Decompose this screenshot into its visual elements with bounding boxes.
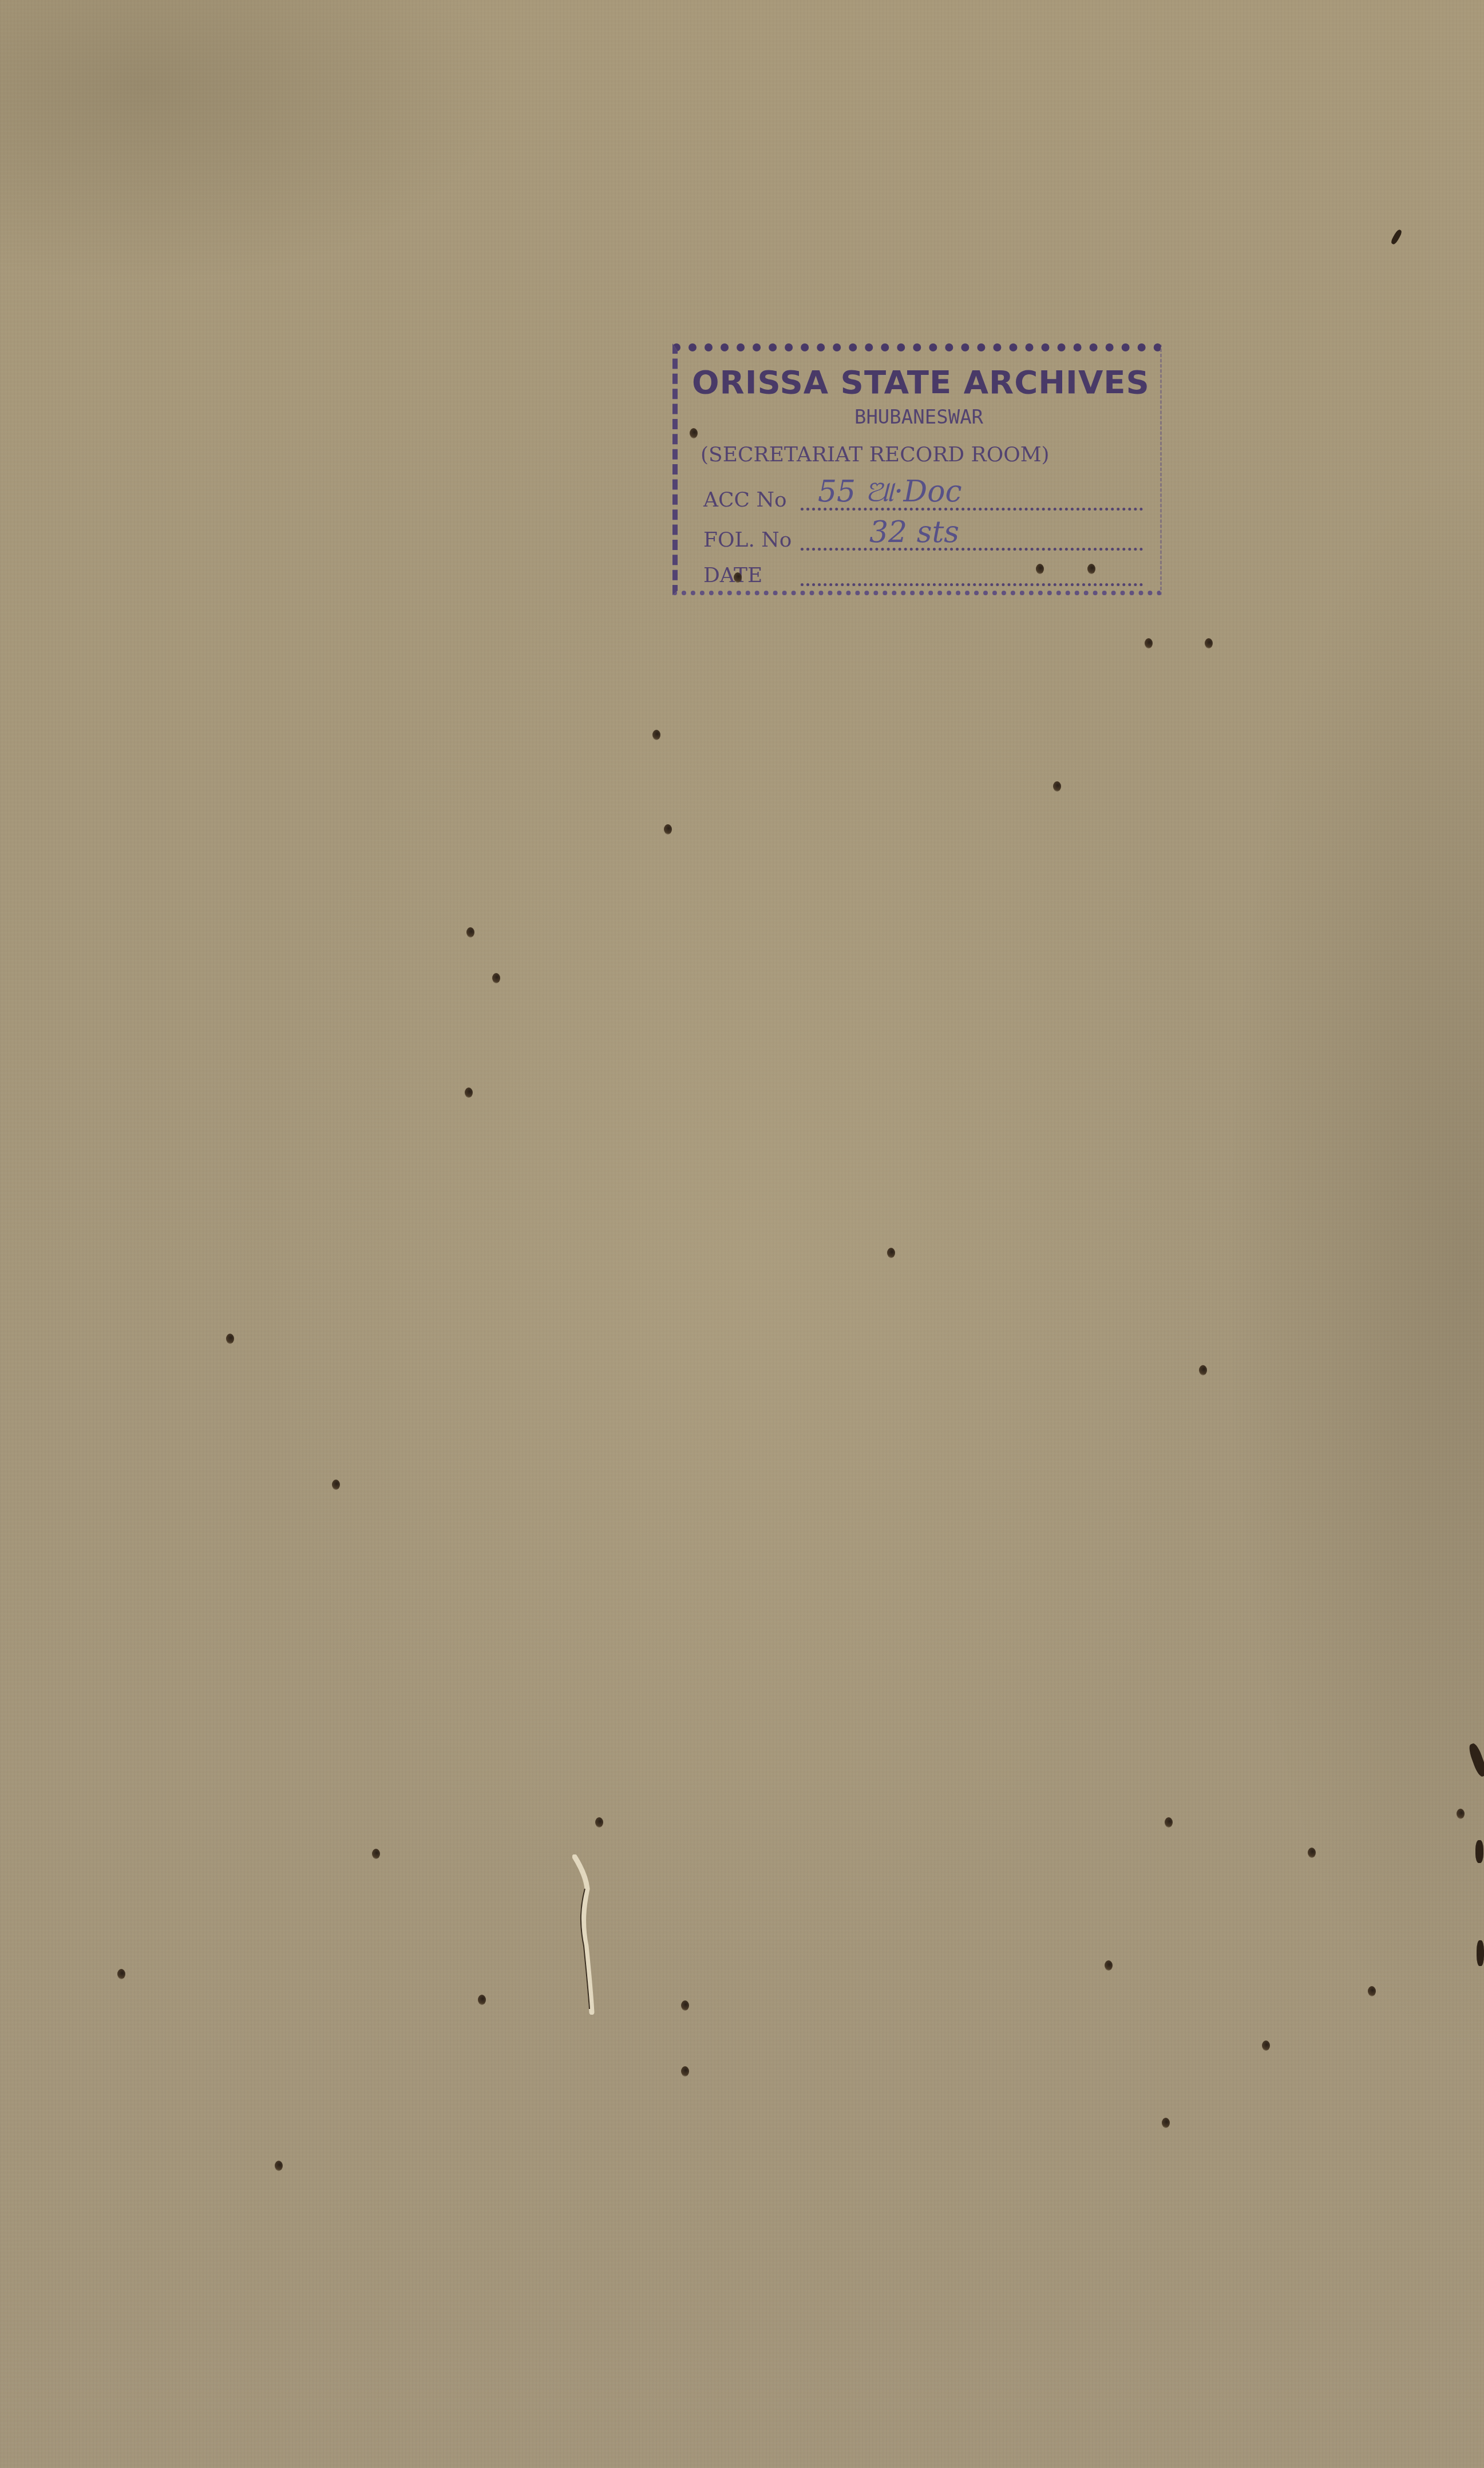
paper-crack xyxy=(572,1854,595,2015)
field-label: FOL. No xyxy=(703,528,792,552)
stamp-city: BHUBANESWAR xyxy=(678,406,1160,429)
field-label: DATE xyxy=(703,564,762,587)
paper-hole xyxy=(595,1817,603,1828)
field-label: ACC No xyxy=(703,488,787,512)
paper-hole xyxy=(226,1334,234,1344)
field-handwritten-value: 55 ଆ·Doc xyxy=(818,474,962,509)
stamp-field-date: DATE xyxy=(703,557,1143,592)
edge-stain xyxy=(1475,1840,1483,1863)
paper-hole xyxy=(1165,1817,1173,1828)
paper-hole xyxy=(664,824,672,834)
paper-hole xyxy=(465,1087,473,1098)
paper-hole xyxy=(1199,1365,1207,1375)
paper-hole xyxy=(1205,638,1213,648)
edge-stain xyxy=(1477,1940,1484,1966)
paper-hole xyxy=(492,973,500,983)
paper-hole xyxy=(652,730,660,740)
archives-stamp: ORISSA STATE ARCHIVES BHUBANESWAR (SECRE… xyxy=(672,343,1162,595)
stamp-field-acc-no: ACC No 55 ଆ·Doc xyxy=(703,482,1143,516)
paper-hole xyxy=(1053,781,1061,792)
field-handwritten-value: 32 sts xyxy=(869,515,959,549)
paper-hole xyxy=(275,2161,283,2171)
paper-hole xyxy=(1368,1986,1376,1996)
stamp-organization: ORISSA STATE ARCHIVES xyxy=(692,364,1150,401)
stamp-field-fol-no: FOL. No 32 sts xyxy=(703,522,1143,556)
paper-hole xyxy=(690,428,698,438)
paper-hole xyxy=(1105,1960,1113,1971)
paper-hole xyxy=(681,2066,689,2077)
paper-hole xyxy=(1308,1848,1316,1858)
field-dotted-line xyxy=(801,548,1143,551)
stamp-department: (SECRETARIAT RECORD ROOM) xyxy=(701,443,1050,466)
paper-hole xyxy=(1145,638,1153,648)
paper-hole xyxy=(734,572,742,583)
field-dotted-line xyxy=(801,583,1143,586)
paper-hole xyxy=(1262,2040,1270,2051)
paper-hole xyxy=(1036,564,1044,574)
paper-hole xyxy=(681,2000,689,2011)
paper-hole xyxy=(478,1995,486,2005)
paper-hole xyxy=(1457,1809,1465,1819)
paper-hole xyxy=(887,1248,895,1258)
paper-hole xyxy=(117,1969,125,1979)
paper-hole xyxy=(1162,2118,1170,2128)
paper-hole xyxy=(332,1480,340,1490)
paper-hole xyxy=(372,1849,380,1859)
paper-hole xyxy=(1087,564,1095,574)
paper-hole xyxy=(466,927,474,938)
